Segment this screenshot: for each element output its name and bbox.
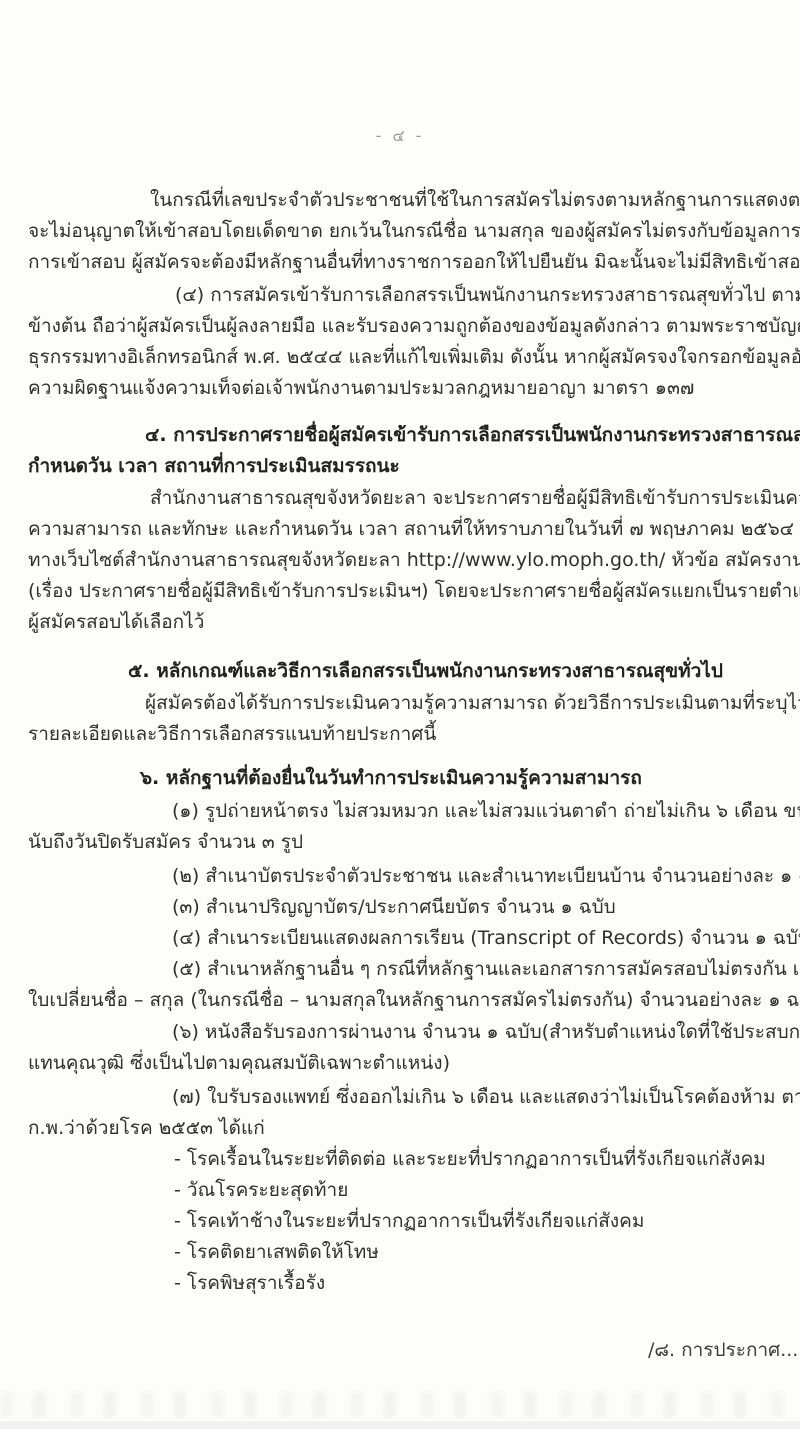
section6-item1-line-1: (๑) รูปถ่ายหน้าตรง ไม่สวมหมวก และไม่สวมแ…: [172, 799, 800, 823]
section5-body-line-1: ผู้สมัครต้องได้รับการประเมินความรู้ความส…: [145, 691, 800, 715]
clause4-line-3: ธุรกรรมทางอิเล็กทรอนิกส์ พ.ศ. ๒๕๔๔ และที…: [28, 345, 800, 369]
section6-item7-line-1: (๗) ใบรับรองแพทย์ ซึ่งออกไม่เกิน ๖ เดือน…: [172, 1085, 800, 1109]
scan-artifact-band: [0, 1392, 800, 1418]
disease-bullet-5: - โรคพิษสุราเรื้อรัง: [174, 1271, 325, 1295]
clause4-line-1: (๔) การสมัครเข้ารับการเลือกสรรเป็นพนักงา…: [175, 283, 800, 307]
section6-item1-line-2: นับถึงวันปิดรับสมัคร จำนวน ๓ รูป: [28, 830, 303, 854]
clause4-line-4: ความผิดฐานแจ้งความเท็จต่อเจ้าพนักงานตามป…: [28, 376, 694, 400]
section4-body-line-3: ทางเว็บไซต์สำนักงานสาธารณสุขจังหวัดยะลา …: [28, 548, 800, 572]
scanned-document-page: - ๔ - ในกรณีที่เลขประจำตัวประชาชนที่ใช้ใ…: [0, 0, 800, 1429]
disease-bullet-2: - วัณโรคระยะสุดท้าย: [174, 1178, 348, 1202]
intro-line-2: จะไม่อนุญาตให้เข้าสอบโดยเด็ดขาด ยกเว้นใน…: [28, 219, 800, 243]
section4-heading-line-1: ๔. การประกาศรายชื่อผู้สมัครเข้ารับการเลื…: [145, 423, 800, 447]
continuation-marker: /๘. การประกาศ...: [648, 1335, 798, 1365]
disease-bullet-4: - โรคติดยาเสพติดให้โทษ: [174, 1240, 379, 1264]
section6-item3-line-1: (๓) สำเนาปริญญาบัตร/ประกาศนียบัตร จำนวน …: [172, 895, 616, 919]
section6-item6-line-1: (๖) หนังสือรับรองการผ่านงาน จำนวน ๑ ฉบับ…: [172, 1020, 800, 1044]
page-number: - ๔ -: [0, 124, 800, 149]
section6-item5-line-2: ใบเปลี่ยนชื่อ – สกุล (ในกรณีชื่อ – นามสก…: [28, 988, 800, 1012]
section4-body-line-2: ความสามารถ และทักษะ และกำหนดวัน เวลา สถา…: [28, 517, 794, 541]
section6-heading: ๖. หลักฐานที่ต้องยื่นในวันทำการประเมินคว…: [140, 766, 642, 790]
section4-heading-line-2: กำหนดวัน เวลา สถานที่การประเมินสมรรถนะ: [28, 454, 400, 478]
section4-body-line-4: (เรื่อง ประกาศรายชื่อผู้มีสิทธิเข้ารับกา…: [28, 579, 800, 603]
section4-body-line-5: ผู้สมัครสอบได้เลือกไว้: [28, 610, 204, 634]
clause4-line-2: ข้างต้น ถือว่าผู้สมัครเป็นผู้ลงลายมือ แล…: [28, 314, 800, 338]
section6-item6-line-2: แทนคุณวุฒิ ซึ่งเป็นไปตามคุณสมบัติเฉพาะตำ…: [28, 1051, 450, 1075]
intro-line-1: ในกรณีที่เลขประจำตัวประชาชนที่ใช้ในการสม…: [150, 188, 800, 212]
section4-body-line-1: สำนักงานสาธารณสุขจังหวัดยะลา จะประกาศราย…: [150, 486, 800, 510]
section6-item5-line-1: (๕) สำเนาหลักฐานอื่น ๆ กรณีที่หลักฐานและ…: [172, 957, 800, 981]
section6-item2-line-1: (๒) สำเนาบัตรประจำตัวประชาชน และสำเนาทะเ…: [172, 864, 800, 888]
section6-item4-line-1: (๔) สำเนาระเบียนแสดงผลการเรียน (Transcri…: [172, 926, 800, 950]
intro-line-3: การเข้าสอบ ผู้สมัครจะต้องมีหลักฐานอื่นที…: [28, 250, 800, 274]
section5-body-line-2: รายละเอียดและวิธีการเลือกสรรแนบท้ายประกา…: [28, 722, 436, 746]
section6-item7-line-2: ก.พ.ว่าด้วยโรค ๒๕๕๓ ได้แก่: [28, 1116, 265, 1140]
disease-bullet-3: - โรคเท้าช้างในระยะที่ปรากฏอาการเป็นที่ร…: [174, 1209, 644, 1233]
section5-heading: ๕. หลักเกณฑ์และวิธีการเลือกสรรเป็นพนักงา…: [128, 659, 723, 683]
disease-bullet-1: - โรคเรื้อนในระยะที่ติดต่อ และระยะที่ปรา…: [174, 1147, 766, 1171]
scan-edge-band: [0, 1421, 800, 1429]
